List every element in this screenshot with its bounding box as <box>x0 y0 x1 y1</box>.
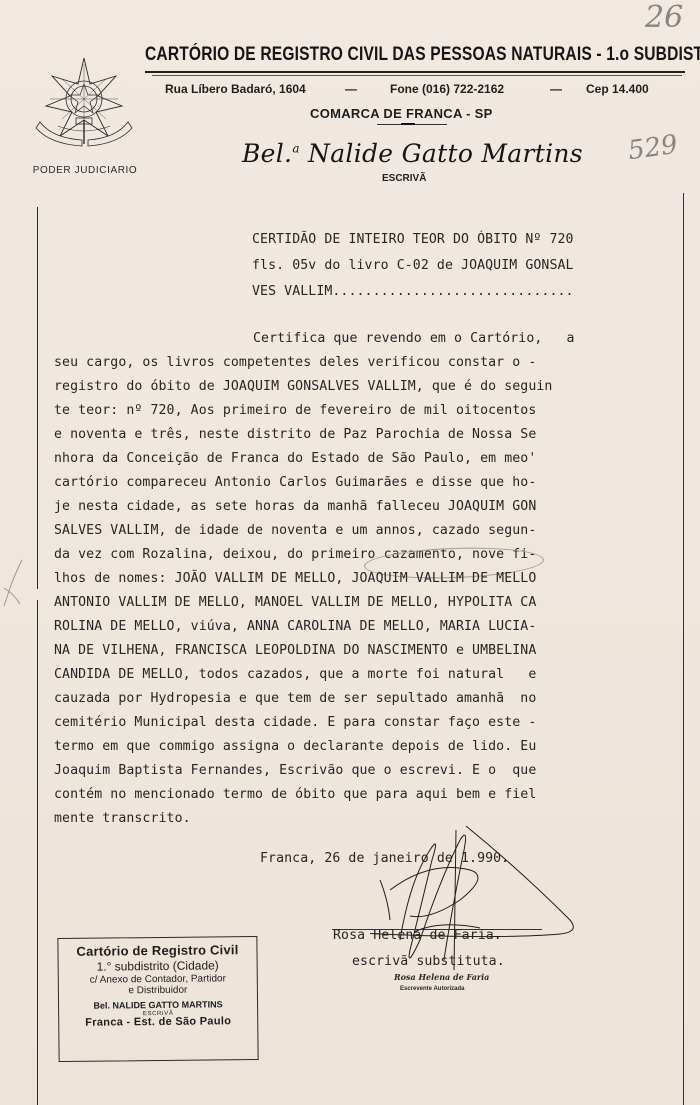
body-line: lhos de nomes: JOÃO VALLIM DE MELLO, JOA… <box>54 571 536 586</box>
body-line: SALVES VALLIM, de idade de noventa e um … <box>54 523 536 538</box>
stamp-line-location: Franca - Est. de São Paulo <box>59 1015 257 1029</box>
body-line: Certifica que revendo em o Cartório, a <box>253 331 575 346</box>
signer-name: Rosa Helena de Faria. <box>333 928 502 943</box>
body-line: registro do óbito de JOAQUIM GONSALVES V… <box>54 379 552 394</box>
stamp-line-notary: Bel. NALIDE GATTO MARTINS <box>59 999 257 1011</box>
stamp-line-distributor: e Distribuidor <box>59 984 257 997</box>
address-separator: — <box>550 82 562 96</box>
registry-postal-code: Cep 14.400 <box>586 82 649 96</box>
body-line: nhora da Conceição de Franca do Estado d… <box>54 451 536 466</box>
body-line: ROLINA DE MELLO, viúva, ANNA CAROLINA DE… <box>54 619 536 634</box>
emblem-caption: PODER JUDICIARIO <box>30 165 140 176</box>
registry-stamp: Cartório de Registro Civil 1.° subdistri… <box>57 936 258 1062</box>
right-margin-line <box>683 193 684 1105</box>
body-line: contém no mencionado termo de óbito que … <box>54 787 536 802</box>
title-rule <box>145 71 685 73</box>
signer-title: escrivã substituta. <box>352 954 505 969</box>
body-line: NA DE VILHENA, FRANCISCA LEOPOLDINA DO N… <box>54 643 536 658</box>
comarca-label: COMARCA DE FRANCA - SP <box>310 106 493 121</box>
registry-address: Rua Líbero Badaró, 1604 <box>165 82 306 96</box>
body-line: ANTONIO VALLIM DE MELLO, MANOEL VALLIM D… <box>54 595 536 610</box>
heading-line: CERTIDÃO DE INTEIRO TEOR DO ÓBITO Nº 720 <box>252 232 574 247</box>
body-line: mente transcrito. <box>54 811 191 826</box>
notary-role: ESCRIVÃ <box>382 173 426 184</box>
coat-of-arms-icon <box>32 54 136 154</box>
body-line: termo em que commigo assigna o declarant… <box>54 739 536 754</box>
heading-line: fls. 05v do livro C-02 de JOAQUIM GONSAL <box>252 258 574 273</box>
notary-prefix-sup: a <box>292 142 299 156</box>
stamp-line-subdistrict: 1.° subdistrito (Cidade) <box>59 958 257 974</box>
body-line: cemitério Municipal desta cidade. E para… <box>54 715 536 730</box>
notary-full-name: Nalide Gatto Martins <box>308 139 583 168</box>
body-line: te teor: nº 720, Aos primeiro de feverei… <box>54 403 536 418</box>
body-line: Joaquim Baptista Fernandes, Escrivão que… <box>54 763 536 778</box>
heading-line: VES VALLIM.............................. <box>252 284 574 299</box>
body-line: cartório compareceu Antonio Carlos Guima… <box>54 475 536 490</box>
title-rule-thin <box>152 75 682 76</box>
stamp-line-registry: Cartório de Registro Civil <box>58 942 256 959</box>
body-line: CANDIDA DE MELLO, todos cazados, que a m… <box>54 667 536 682</box>
handwritten-folio-number: 529 <box>626 130 679 167</box>
body-line: seu cargo, os livros competentes deles v… <box>54 355 536 370</box>
notary-name: Bel.a Nalide Gatto Martins <box>242 139 583 168</box>
certificate-page: 26 529 PODER <box>0 0 700 1105</box>
registry-phone: Fone (016) 722-2162 <box>390 82 504 96</box>
notary-prefix: Bel. <box>242 139 292 168</box>
handwritten-page-number: 26 <box>645 0 683 35</box>
left-margin-line <box>37 207 38 589</box>
registry-title: CARTÓRIO DE REGISTRO CIVIL DAS PESSOAS N… <box>145 44 588 66</box>
margin-mark-icon <box>0 558 28 608</box>
body-line: cauzada por Hydropesia e que tem de ser … <box>54 691 536 706</box>
signer-stamp-name: Rosa Helena de Faria <box>394 972 489 982</box>
comarca-underline-accent <box>401 123 415 125</box>
body-line: e noventa e três, neste distrito de Paz … <box>54 427 536 442</box>
left-margin-line <box>37 600 38 1105</box>
body-line: je nesta cidade, as sete horas da manhã … <box>54 499 536 514</box>
signer-stamp-role: Escrevente Autorizada <box>400 986 464 992</box>
address-separator: — <box>345 82 357 96</box>
